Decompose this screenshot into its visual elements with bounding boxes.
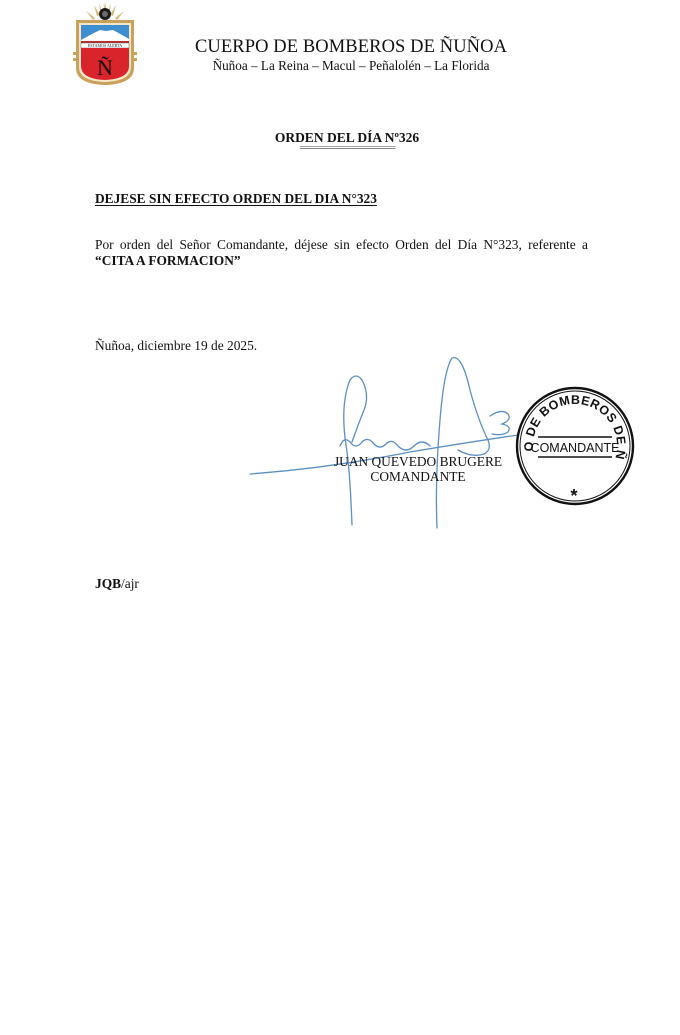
order-subject: DEJESE SIN EFECTO ORDEN DEL DIA N°323: [95, 191, 377, 207]
organization-name: CUERPO DE BOMBEROS DE ÑUÑOA: [0, 37, 680, 58]
body-sentence: Por orden del Señor Comandante, déjese s…: [95, 237, 588, 253]
date-line: Ñuñoa, diciembre 19 de 2025.: [95, 338, 257, 354]
author-initials: JQB: [95, 576, 121, 591]
handwritten-signature-icon: [240, 350, 520, 535]
body-reference: “CITA A FORMACION”: [95, 253, 588, 269]
signer-name: JUAN QUEVEDO BRUGERE: [328, 454, 508, 470]
stamp-star: *: [570, 486, 577, 506]
organization-communes: Ñuñoa – La Reina – Macul – Peñalolén – L…: [0, 58, 680, 74]
referenced-order-name: CITA A FORMACION: [102, 253, 234, 268]
official-stamp-icon: CUERPO DE BOMBEROS DE ÑUÑOA COMANDANTE *: [514, 385, 636, 507]
quote-close: ”: [234, 253, 241, 268]
document-page: ESTAMOS ALERTA Ñ CUERPO DE BOMBEROS DE Ñ…: [0, 0, 680, 1035]
reference-initials: JQB/ajr: [95, 576, 139, 592]
title-underline-rule: ======================: [0, 143, 680, 154]
stamp-center-text: COMANDANTE: [531, 441, 620, 455]
signer-role: COMANDANTE: [328, 469, 508, 485]
typist-initials: /ajr: [121, 576, 139, 591]
quote-open: “: [95, 253, 102, 268]
order-body: Por orden del Señor Comandante, déjese s…: [95, 237, 588, 269]
